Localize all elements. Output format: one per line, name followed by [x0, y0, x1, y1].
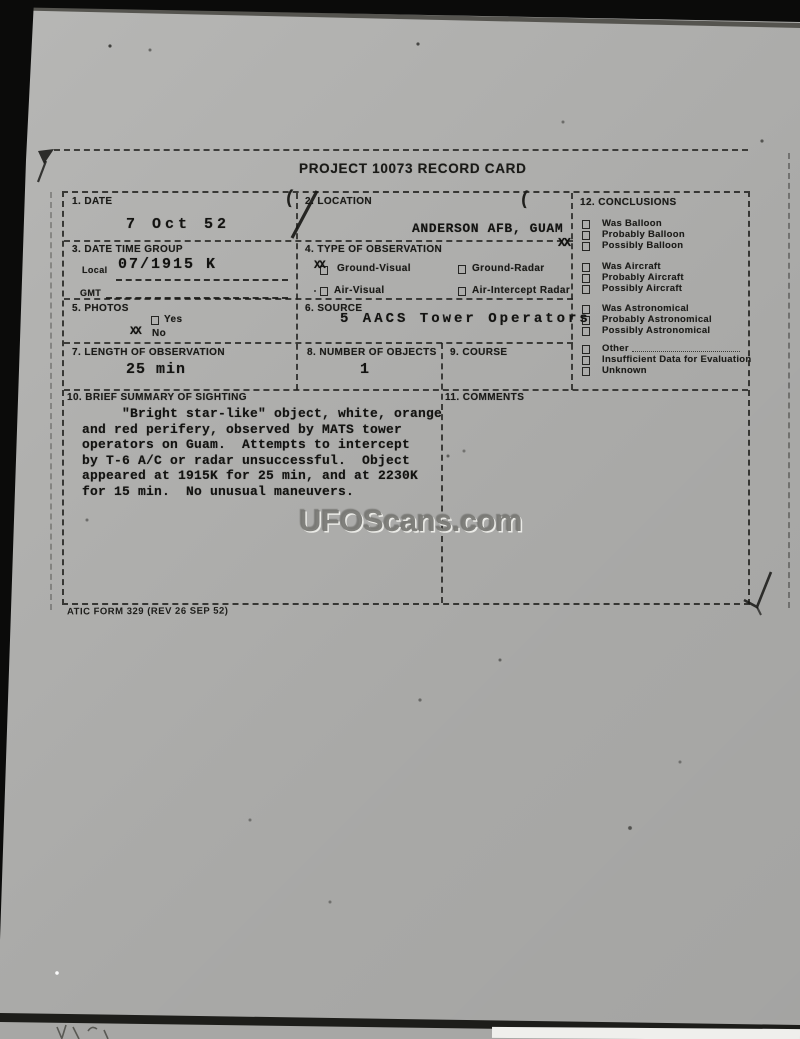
scanned-record-card-page: PROJECT 10073 RECORD CARD 1. DATE ( 7 Oc…: [0, 0, 800, 1039]
checkbox-icon-other: [582, 345, 590, 354]
checkbox-icon-probably-astronomical: [582, 316, 590, 325]
ground-radar-label: Ground-Radar: [472, 263, 545, 274]
comments-label: 11. COMMENTS: [445, 392, 524, 403]
conclusions-label: 12. CONCLUSIONS: [580, 197, 677, 208]
handwritten-paren-left: (: [283, 186, 297, 209]
checkbox-icon-possibly-astronomical: [582, 327, 590, 336]
photos-label: 5. PHOTOS: [72, 303, 129, 314]
local-underline: [116, 279, 288, 281]
course-label: 9. COURSE: [450, 347, 508, 358]
divider-row-4: [64, 389, 748, 391]
summary-label: 10. BRIEF SUMMARY OF SIGHTING: [67, 392, 247, 403]
conclusion-probably-astronomical: Probably Astronomical: [602, 314, 712, 325]
left-margin-dashed-edge: [50, 192, 52, 610]
date-value: 7 Oct 52: [126, 216, 230, 233]
form-number-footer: ATIC FORM 329 (REV 26 SEP 52): [67, 606, 229, 618]
checkbox-icon-was-astronomical: [582, 305, 590, 314]
number-of-objects-value: 1: [360, 361, 369, 378]
photos-no-check-mark: XX: [130, 326, 140, 338]
watermark: UFOScans.com: [299, 503, 522, 539]
air-visual-label: Air-Visual: [334, 285, 385, 296]
photos-yes-label: Yes: [164, 314, 182, 325]
divider-row-1: [64, 240, 573, 242]
location-label: 2. LOCATION: [305, 196, 372, 207]
ground-visual-check-mark: XX: [314, 260, 324, 272]
conclusion-other: Other: [602, 343, 629, 354]
date-label: 1. DATE: [72, 196, 112, 207]
conclusion-was-balloon: Was Balloon: [602, 218, 662, 229]
stray-dot: [314, 290, 316, 292]
checkbox-icon-was-aircraft: [582, 263, 590, 272]
length-of-observation-value: 25 min: [126, 361, 186, 378]
checkbox-icon-unknown: [582, 367, 590, 376]
local-value: 07/1915 K: [118, 256, 217, 273]
divider-conclusions: [571, 193, 573, 390]
source-value: 5 AACS Tower Operators: [340, 311, 591, 327]
number-of-objects-label: 8. NUMBER OF OBJECTS: [307, 347, 437, 358]
location-value: ANDERSON AFB, GUAM: [412, 221, 563, 236]
header-dashed-rule: [54, 149, 748, 151]
checkbox-icon-photos-yes: [151, 316, 159, 325]
type-of-observation-label: 4. TYPE OF OBSERVATION: [305, 244, 442, 255]
conclusion-probably-balloon: Probably Balloon: [602, 229, 685, 240]
conclusion-was-astronomical: Was Astronomical: [602, 303, 689, 314]
conclusion-possibly-balloon: Possibly Balloon: [602, 240, 683, 251]
bottom-check-tail: [757, 607, 761, 615]
record-card: 1. DATE ( 7 Oct 52 2. LOCATION ( ANDERSO…: [62, 191, 750, 605]
margin-arrow-tail: [38, 161, 46, 182]
other-dotted-line: [632, 351, 740, 352]
conclusion-possibly-aircraft: Possibly Aircraft: [602, 283, 682, 294]
scan-white-corner: [492, 1027, 800, 1039]
handwritten-paren-right: (: [518, 187, 532, 210]
adjacent-page-dashed-edge: [788, 153, 790, 608]
possibly-balloon-check-mark: XX: [558, 236, 569, 250]
summary-text: "Bright star-like" object, white, orange…: [82, 406, 438, 500]
conclusion-probably-aircraft: Probably Aircraft: [602, 272, 684, 283]
checkbox-icon-probably-balloon: [582, 231, 590, 240]
photos-no-label: No: [152, 328, 166, 339]
checkbox-icon-possibly-aircraft: [582, 285, 590, 294]
checkbox-icon-air-intercept-radar: [458, 287, 466, 296]
checkbox-icon-ground-radar: [458, 265, 466, 274]
length-of-observation-label: 7. LENGTH OF OBSERVATION: [72, 347, 225, 358]
local-label: Local: [82, 265, 108, 275]
gmt-label: GMT: [80, 288, 101, 298]
checkbox-icon-probably-aircraft: [582, 274, 590, 283]
air-intercept-radar-label: Air-Intercept Radar: [472, 285, 570, 296]
divider-col-2: [441, 343, 443, 603]
checkbox-icon-insufficient-data: [582, 356, 590, 365]
checkbox-icon-air-visual: [320, 287, 328, 296]
divider-row-3: [64, 342, 573, 344]
conclusion-unknown: Unknown: [602, 365, 647, 376]
checkbox-icon-possibly-balloon: [582, 242, 590, 251]
checkbox-icon-was-balloon: [582, 220, 590, 229]
date-time-group-label: 3. DATE TIME GROUP: [72, 244, 183, 255]
gmt-underline: [106, 297, 288, 299]
conclusion-was-aircraft: Was Aircraft: [602, 261, 661, 272]
divider-col-1: [296, 193, 298, 390]
ground-visual-label: Ground-Visual: [337, 263, 411, 274]
conclusion-insufficient-data: Insufficient Data for Evaluation: [602, 354, 751, 365]
margin-arrow-icon: [38, 149, 54, 164]
conclusion-possibly-astronomical: Possibly Astronomical: [602, 325, 710, 336]
page-title: PROJECT 10073 RECORD CARD: [299, 161, 527, 176]
